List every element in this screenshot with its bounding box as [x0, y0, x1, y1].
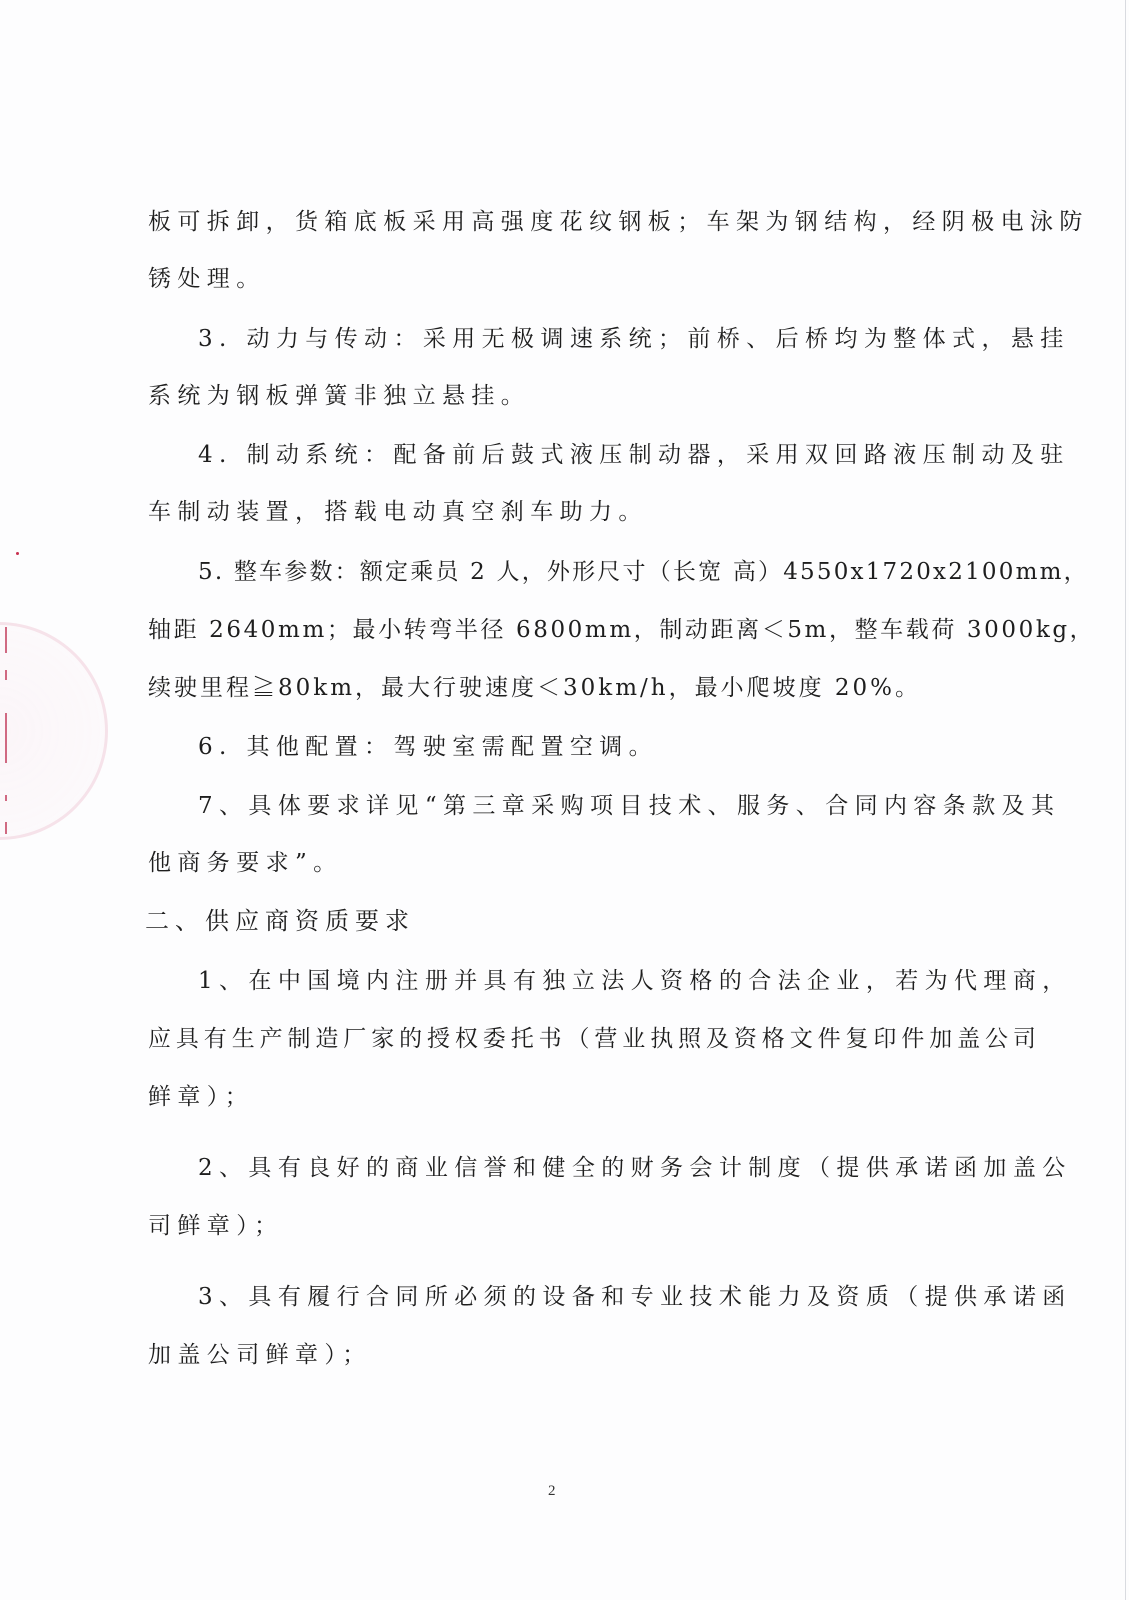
spec-item-detailed-requirements: 7、具体要求详见“第三章采购项目技术、服务、合同内容条款及其	[198, 791, 1060, 821]
spec-item-braking-system: 4. 制动系统：配备前后鼓式液压制动器，采用双回路液压制动及驻	[198, 440, 1070, 470]
qualification-item-2: 2、具有良好的商业信誉和健全的财务会计制度（提供承诺函加盖公	[198, 1153, 1072, 1183]
seal-tick-mark	[5, 627, 7, 653]
scan-edge-line	[1125, 0, 1126, 1600]
qualification-item-1: 1、在中国境内注册并具有独立法人资格的合法企业，若为代理商，	[198, 966, 1072, 996]
seal-tick-mark	[5, 822, 7, 834]
body-text-line: 系统为钢板弹簧非独立悬挂。	[148, 381, 530, 411]
body-text-line: 鲜章）；	[148, 1082, 254, 1112]
page-number: 2	[548, 1483, 556, 1500]
body-text-line: 加盖公司鲜章）；	[148, 1340, 372, 1370]
body-text-line: 锈处理。	[148, 264, 266, 294]
document-page: 板可拆卸，货箱底板采用高强度花纹钢板；车架为钢结构，经阴极电泳防 锈处理。 3.…	[0, 0, 1129, 1600]
spec-item-vehicle-parameters: 5. 整车参数：额定乘员 2 人，外形尺寸（长宽 高）4550x1720x210…	[198, 557, 1089, 587]
body-text-line: 车制动装置，搭载电动真空刹车助力。	[148, 497, 648, 527]
seal-tick-mark	[5, 713, 7, 763]
body-text-line: 他商务要求”。	[148, 848, 343, 878]
body-text-line: 司鲜章）；	[148, 1211, 284, 1241]
seal-tick-mark	[5, 795, 7, 801]
body-text-line: 应具有生产制造厂家的授权委托书（营业执照及资格文件复印件加盖公司	[148, 1024, 1041, 1054]
company-seal-partial	[0, 622, 108, 840]
spec-item-other-config: 6. 其他配置：驾驶室需配置空调。	[198, 732, 658, 762]
seal-tick-mark	[5, 670, 7, 680]
seal-mark-dot	[16, 552, 19, 555]
section-heading-supplier-qualifications: 二、供应商资质要求	[145, 906, 415, 936]
spec-item-power-transmission: 3. 动力与传动：采用无极调速系统；前桥、后桥均为整体式，悬挂	[198, 324, 1070, 354]
body-text-line: 板可拆卸，货箱底板采用高强度花纹钢板；车架为钢结构，经阴极电泳防	[148, 207, 1089, 237]
body-text-line: 续驶里程≧80km，最大行驶速度＜30km/h，最小爬坡度 20%。	[148, 673, 921, 703]
qualification-item-3: 3、具有履行合同所必须的设备和专业技术能力及资质（提供承诺函	[198, 1282, 1072, 1312]
body-text-line: 轴距 2640mm；最小转弯半径 6800mm，制动距离＜5m，整车载荷 300…	[148, 615, 1095, 645]
